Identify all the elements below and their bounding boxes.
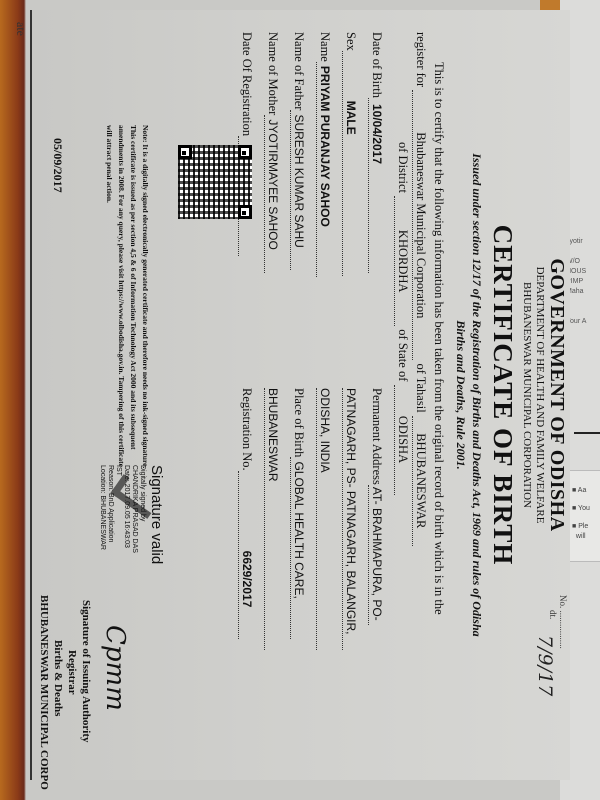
mother-label: Name of Mother	[266, 32, 280, 115]
underlying-bullet: will	[572, 533, 586, 540]
name-label: Name	[318, 32, 332, 62]
address-row: Permanent AddressAT- BRAHMAPURA, PO-	[368, 388, 384, 625]
print-date: 05/09/2017	[50, 138, 65, 193]
corporation-heading: BHUBANESWAR MUNICIPAL CORPORATION	[521, 10, 533, 780]
place-of-birth-row: Place of BirthGLOBAL HEALTH CARE,	[290, 388, 306, 639]
signature-valid-label: Signature valid	[148, 465, 165, 564]
place-of-birth-label: Place of Birth	[292, 388, 306, 457]
dob-label: Date of Birth	[370, 32, 384, 98]
address-row-3: ODISHA, INDIA	[316, 388, 332, 650]
qr-finder	[238, 205, 252, 219]
place-of-birth-line-1: GLOBAL HEALTH CARE,	[290, 457, 306, 639]
qr-code	[178, 145, 252, 219]
sex-value: MALE	[342, 51, 358, 276]
address-line-3: ODISHA, INDIA	[316, 388, 332, 650]
district-value: KHORDHA	[394, 196, 410, 326]
reference-number: No. .................	[558, 595, 568, 649]
qr-finder	[178, 145, 192, 159]
qr-finder	[238, 145, 252, 159]
address-line-1: AT- BRAHMAPURA, PO-	[368, 485, 384, 625]
underlying-divider	[574, 432, 600, 434]
father-value: SURESH KUMAR SAHU	[290, 110, 306, 270]
address-line-2: PATNAGARH, PS- PATNAGARH, BALANGIR,	[342, 388, 358, 650]
digital-signature-details: Digitally signed by CHANDRIKA PRASAD DAS…	[98, 465, 146, 553]
note-line: This certificate is issued as per sectio…	[129, 125, 138, 449]
issued-under-line: Issued under section 12/17 of the Regist…	[469, 10, 484, 780]
certify-statement: This is to certify that the following in…	[431, 62, 446, 615]
issuing-authority-label: Signature of Issuing Authority	[80, 600, 92, 743]
address-label: Permanent Address	[370, 388, 384, 485]
issued-under-rule: Births and Deaths, Rule 2001.	[453, 10, 468, 780]
district-state-line: of District KHORDHA of State of ODISHA	[394, 142, 410, 495]
certificate-title: CERTIFICATE OF BIRTH	[487, 10, 518, 780]
footer-corporation: BHUBANESWAR MUNICIPAL CORPO	[38, 595, 50, 790]
father-row: Name of FatherSURESH KUMAR SAHU	[290, 32, 306, 270]
handwritten-reference-date: 7/9/17	[534, 635, 556, 696]
father-label: Name of Father	[292, 32, 306, 110]
registrar-label: Registrar	[66, 650, 78, 695]
state-label: of State of	[396, 329, 410, 381]
births-deaths-label: Births & Deaths	[52, 640, 64, 716]
mother-row: Name of MotherJYOTIRMAYEE SAHOO	[264, 32, 280, 273]
name-value: PRIYAM PURANJAY SAHOO	[316, 62, 332, 277]
sex-label: Sex	[344, 32, 358, 51]
edge-text: ate	[13, 22, 28, 36]
tahasil-value: BHUBANESWAR	[412, 416, 428, 546]
name-row: NamePRIYAM PURANJAY SAHOO	[316, 32, 332, 277]
dob-row: Date of Birth10/04/2017	[368, 32, 384, 273]
state-value: ODISHA	[394, 385, 410, 495]
underlying-bullet: ■ You	[572, 505, 590, 512]
registration-number-label: Registration No.	[240, 388, 254, 471]
note-line: amendments in 2008. For any query, pleas…	[117, 125, 126, 467]
district-label: of District	[396, 142, 410, 193]
underlying-bullet: ■ Ple	[572, 523, 588, 530]
reference-date-label: dt.	[548, 610, 558, 619]
dob-value: 10/04/2017	[368, 98, 384, 273]
registration-number-value: 6629/2017	[238, 471, 254, 639]
underlying-info-box: ■ Aa ■ You ■ Ple will	[568, 470, 600, 562]
sex-row: SexMALE	[342, 32, 358, 276]
tahasil-label: of Tahasil	[414, 363, 428, 412]
register-for-label: register for	[414, 32, 428, 87]
registration-number-row: Registration No.6629/2017	[238, 388, 254, 639]
handwritten-signature: Cpmm	[100, 625, 130, 711]
place-of-birth-line-2: BHUBANESWAR	[264, 388, 280, 650]
note-line: Note: It is a digitally signed electroni…	[141, 125, 150, 468]
mother-value: JYOTIRMAYEE SAHOO	[264, 115, 280, 273]
birth-certificate: GOVERNMENT OF ODISHA DEPARTMENT OF HEALT…	[30, 10, 570, 780]
register-for-line: register for Bhubaneswar Municipal Corpo…	[412, 32, 428, 546]
registration-date-label: Date Of Registration	[240, 32, 254, 136]
register-for-value: Bhubaneswar Municipal Corporation	[412, 90, 428, 360]
note-line: will attract penal action.	[105, 125, 114, 203]
place-of-birth-row-2: BHUBANESWAR	[264, 388, 280, 650]
underlying-bullet: ■ Aa	[572, 487, 586, 494]
address-row-2: PATNAGARH, PS- PATNAGARH, BALANGIR,	[342, 388, 358, 650]
